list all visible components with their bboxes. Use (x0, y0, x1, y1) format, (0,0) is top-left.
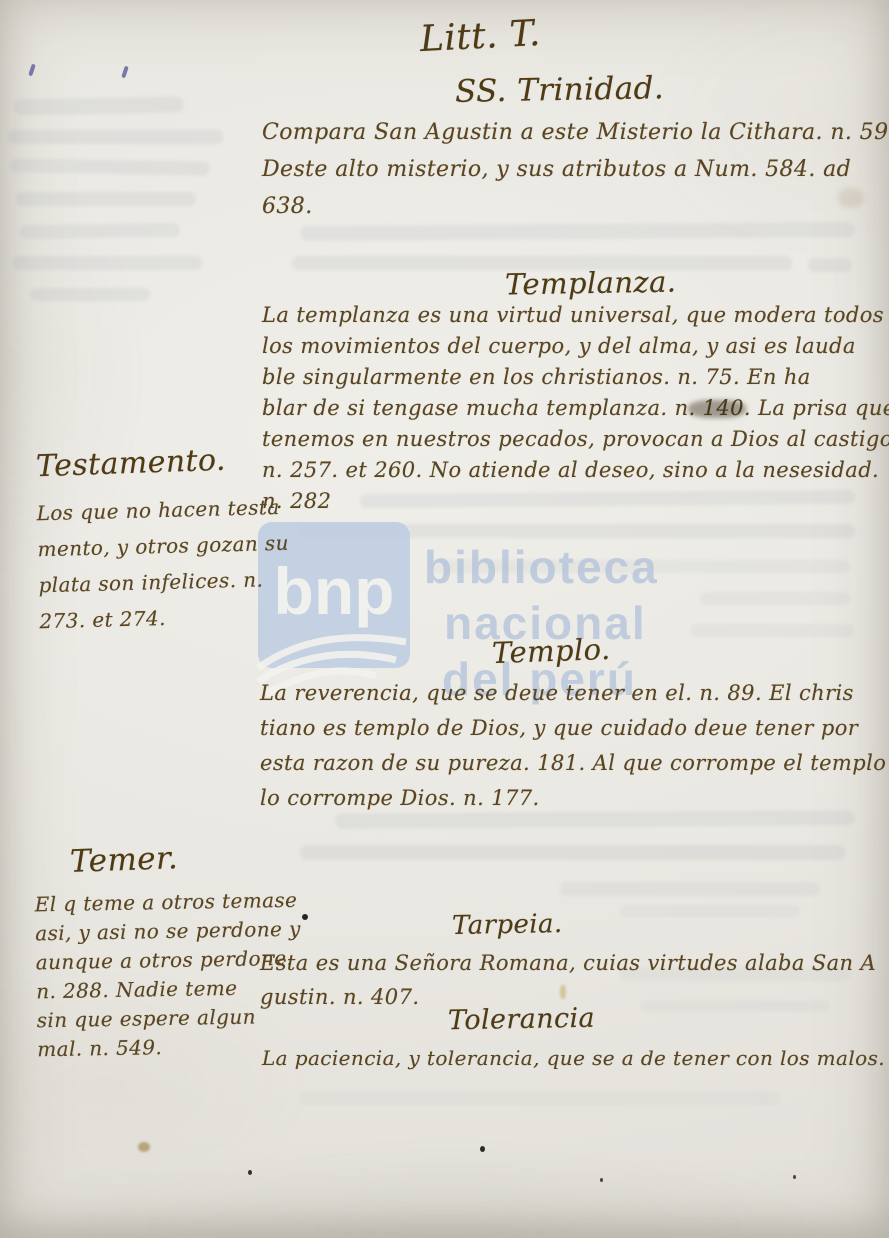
text-line: 273. et 274. (39, 597, 291, 640)
ink-dot (480, 1146, 485, 1152)
margin-heading-temer: Temer. (69, 840, 178, 880)
page-title: Litt. T. (419, 13, 542, 60)
ink-dot (302, 914, 308, 920)
heading-trinidad: SS. Trinidad. (455, 70, 665, 110)
ink-dot (793, 1175, 796, 1179)
margin-note-testamento: Los que no hacen testa mento, y otros go… (36, 489, 291, 640)
paragraph-templanza: La templanza es una virtud universal, qu… (262, 300, 889, 517)
heading-tolerancia: Tolerancia (448, 1003, 596, 1037)
text-line: tenemos en nuestros pecados, provocan a … (262, 424, 889, 455)
ink-dot (248, 1170, 252, 1175)
text-line: asi, y asi no se perdone y (35, 915, 301, 949)
heading-tarpeia: Tarpeia. (452, 909, 563, 941)
text-line: los movimientos del cuerpo, y del alma, … (262, 331, 889, 362)
text-line: La templanza es una virtud universal, qu… (262, 300, 889, 331)
paragraph-templo: La reverencia, que se deue tener en el. … (260, 676, 886, 816)
text-line: La reverencia, que se deue tener en el. … (260, 676, 886, 711)
text-line: lo corrompe Dios. n. 177. (260, 781, 886, 816)
text-line: tiano es templo de Dios, y que cuidado d… (260, 711, 886, 746)
text-line: n. 257. et 260. No atiende al deseo, sin… (262, 455, 889, 486)
watermark-line-1: biblioteca (424, 540, 659, 594)
text-line: Compara San Agustin a este Misterio la C… (262, 114, 889, 151)
heading-templanza: Templanza. (505, 265, 677, 302)
text-line: blar de si tengase mucha templanza. n. 1… (262, 393, 889, 424)
text-line: El q teme a otros temase (35, 886, 301, 920)
text-line: Deste alto misterio, y sus atributos a N… (262, 151, 889, 188)
manuscript-page: bnp biblioteca nacional del perú Litt. T… (0, 0, 889, 1238)
text-line: 638. (262, 188, 889, 225)
paragraph-tolerancia: La paciencia, y tolerancia, que se a de … (262, 1042, 889, 1074)
margin-heading-testamento: Testamento. (35, 443, 226, 485)
ink-dot (600, 1178, 603, 1182)
text-line: La paciencia, y tolerancia, que se a de … (262, 1042, 889, 1074)
blue-pen-mark (28, 64, 36, 77)
text-line: n. 282 (262, 486, 889, 517)
heading-templo: Templo. (491, 632, 611, 670)
text-line: ble singularmente en los christianos. n.… (262, 362, 889, 393)
text-line: Esta es una Señora Romana, cuias virtude… (260, 946, 876, 980)
paragraph-trinidad: Compara San Agustin a este Misterio la C… (262, 114, 889, 225)
text-line: esta razon de su pureza. 181. Al que cor… (260, 746, 886, 781)
text-line: plata son infelices. n. (38, 561, 290, 604)
blue-pen-mark (121, 66, 129, 79)
svg-text:bnp: bnp (274, 554, 395, 628)
stain (138, 1142, 150, 1152)
